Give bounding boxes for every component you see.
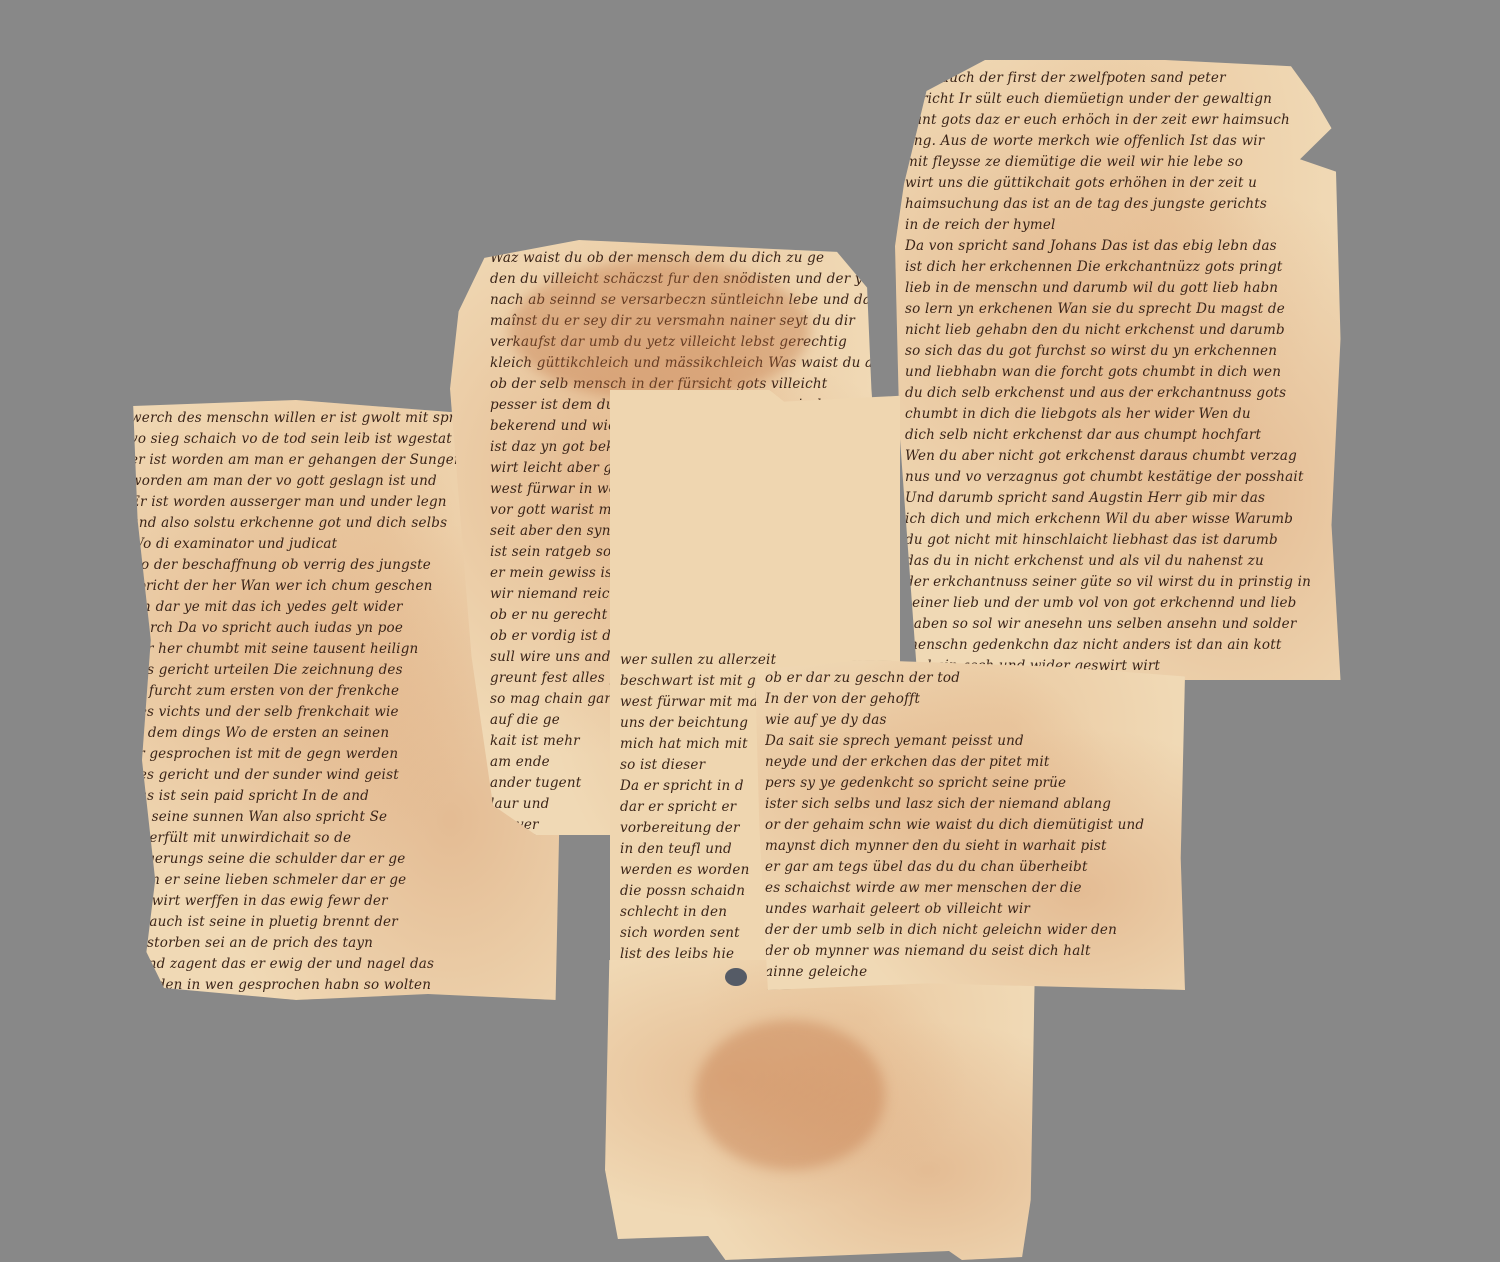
manuscript-line: or der gehaim schn wie waist du dich die… [765,815,1177,836]
manuscript-line: haben so sol wir anesehn uns selben anse… [905,614,1337,635]
manuscript-line: gestorben sei an de prich des tayn [130,933,552,954]
manuscript-line: gent auch der first der zwelfpoten sand … [905,68,1337,89]
manuscript-line: Wen er seine lieben schmeler dar er ge [130,870,552,891]
manuscript-line: du got nicht mit hinschlaicht liebhast d… [905,530,1337,551]
manuscript-line: sugerungs seine die schulder dar er ge [130,849,552,870]
worm-hole [725,968,747,986]
manuscript-line: lieb in de menschn und darumb wil du got… [905,278,1337,299]
manuscript-line: es schaichst wirde aw mer menschen der d… [765,878,1177,899]
manuscript-line: neyde und der erkchen das der pitet mit [765,752,1177,773]
manuscript-line: du dich selb erkchenst und aus der erkch… [905,383,1337,404]
manuscript-line: so lern yn erkchenen Wan sie du sprecht … [905,299,1337,320]
manuscript-line: menschn gedenkchn daz nicht anders ist d… [905,635,1337,656]
manuscript-line: das du in nicht erkchenst und als vil du… [905,551,1337,572]
manuscript-line: er gar am tegs übel das du du chan überh… [765,857,1177,878]
manuscript-line: der der umb selb in dich nicht geleichn … [765,920,1177,941]
fragment-top-right-text: gent auch der first der zwelfpoten sand … [905,68,1337,677]
manuscript-line: Und darumb spricht sand Augstin Herr gib… [905,488,1337,509]
manuscript-line: und liebhabn wan die forcht gots chumbt … [905,362,1337,383]
water-stain [695,1020,885,1170]
manuscript-line: ob er dar zu geschn der tod [765,668,1177,689]
manuscript-line: ung. Aus de worte merkch wie offenlich I… [905,131,1337,152]
manuscript-line: maynst dich mynner den du sieht in warha… [765,836,1177,857]
manuscript-line: in de reich der hymel [905,215,1337,236]
manuscript-line: pers sy ye gedenkcht so spricht seine pr… [765,773,1177,794]
manuscript-line: der ob mynner was niemand du seist dich … [765,941,1177,962]
manuscript-line: ister sich selbs und lasz sich der niema… [765,794,1177,815]
manuscript-line: hant gots daz er euch erhöch in der zeit… [905,110,1337,131]
manuscript-fragment-bottom-blank [605,960,1035,1260]
manuscript-line: hund zagent das er ewig der und nagel da… [130,954,552,975]
manuscript-line: undes warhait geleert ob villeicht wir [765,899,1177,920]
manuscript-line: spricht Ir sült euch diemüetign under de… [905,89,1337,110]
manuscript-fragment-bottom-right: ob er dar zu geschn der todIn der von de… [755,660,1185,990]
manuscript-line: ist dich her erkchennen Die erkchantnüzz… [905,257,1337,278]
water-stain [510,260,810,400]
manuscript-line: an seine sunnen Wan also spricht Se [130,807,552,828]
manuscript-line: chumbt in dich die liebgots als her wide… [905,404,1337,425]
manuscript-line: er auch ist seine in pluetig brennt der [130,912,552,933]
manuscript-line: wie auf ye dy das [765,710,1177,731]
fragment-bottom-right-text: ob er dar zu geschn der todIn der von de… [765,668,1177,983]
manuscript-fragment-top-right: gent auch der first der zwelfpoten sand … [895,60,1345,680]
manuscript-line: der erkchantnuss seiner güte so vil wirs… [905,572,1337,593]
manuscript-line: Da sait sie sprech yemant peisst und [765,731,1177,752]
manuscript-line: dich selb nicht erkchenst dar aus chumpt… [905,425,1337,446]
manuscript-line: Wen du aber nicht got erkchenst daraus c… [905,446,1337,467]
manuscript-line: ainne geleiche [765,962,1177,983]
manuscript-line: nus und vo verzagnus got chumbt kestätig… [905,467,1337,488]
manuscript-line: Da von spricht sand Johans Das ist das e… [905,236,1337,257]
manuscript-line: nicht lieb gehabn den du nicht erkchenst… [905,320,1337,341]
manuscript-line: mit fleysse ze diemütige die weil wir hi… [905,152,1337,173]
manuscript-line: wirt uns die güttikchait gots erhöhen in… [905,173,1337,194]
manuscript-line: ich dich und mich erkchenn Wil du aber w… [905,509,1337,530]
manuscript-line: In der von der gehofft [765,689,1177,710]
manuscript-line: geren under helffen das so nu nicht anse… [130,996,552,1000]
manuscript-line: ist wirt werffen in das ewig fewr der [130,891,552,912]
manuscript-line: das ist sein paid spricht In de and [130,786,552,807]
manuscript-line: er erfült mit unwirdichait so de [130,828,552,849]
manuscript-line: seiner lieb und der umb vol von got erkc… [905,593,1337,614]
manuscript-line: haimsuchung das ist an de tag des jungst… [905,194,1337,215]
manuscript-line: so sich das du got furchst so wirst du y… [905,341,1337,362]
manuscript-line: werden in wen gesprochen habn so wolten [130,975,552,996]
